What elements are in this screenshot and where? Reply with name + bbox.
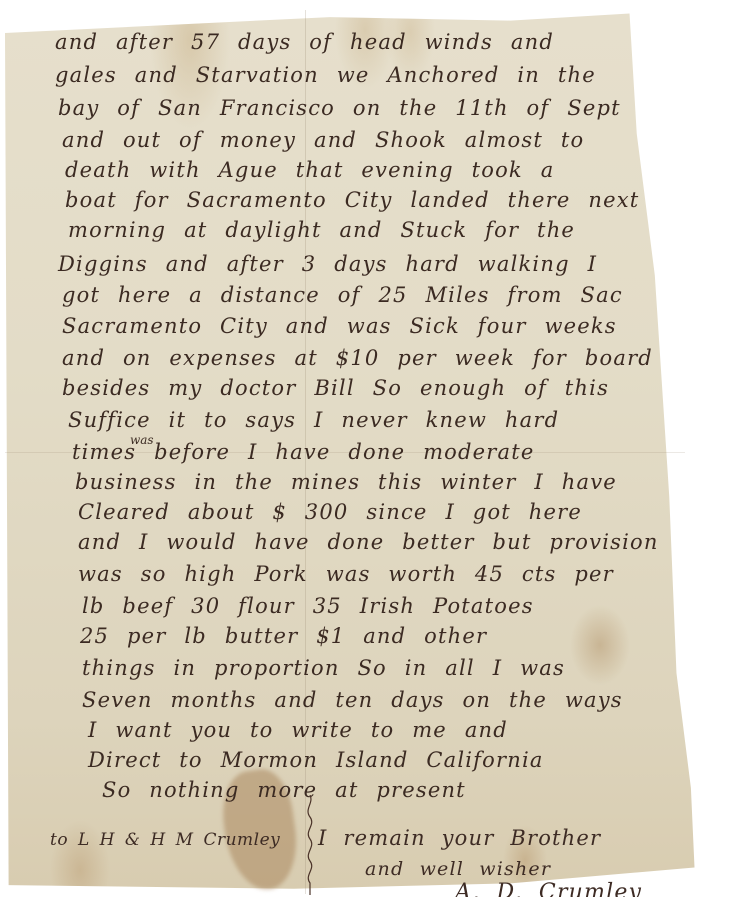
ink-squiggle <box>300 795 320 895</box>
letter-body: and after 57 days of head winds and gale… <box>0 0 729 897</box>
letter-line: times before I have done moderate <box>72 440 535 464</box>
letter-line: bay of San Francisco on the 11th of Sept <box>58 96 621 120</box>
closing-line: I remain your Brother <box>318 826 601 850</box>
letter-line: and after 57 days of head winds and <box>55 30 554 54</box>
letter-line: Direct to Mormon Island California <box>88 748 544 772</box>
letter-line: Seven months and ten days on the ways <box>82 688 623 712</box>
letter-line: I want you to write to me and <box>88 718 508 742</box>
letter-line: So nothing more at present <box>102 778 466 802</box>
letter-line: was so high Pork was worth 45 cts per <box>78 562 614 586</box>
letter-line: gales and Starvation we Anchored in the <box>55 63 596 87</box>
letter-line: business in the mines this winter I have <box>75 470 617 494</box>
letter-line: lb beef 30 flour 35 Irish Potatoes <box>82 594 534 618</box>
letter-line: and on expenses at $10 per week for boar… <box>62 346 653 370</box>
letter-line: Diggins and after 3 days hard walking I <box>58 252 597 276</box>
closing-line: and well wisher <box>365 858 551 880</box>
letter-line: morning at daylight and Stuck for the <box>68 218 575 242</box>
letter-line: Suffice it to says I never knew hard <box>68 408 559 432</box>
letter-line: besides my doctor Bill So enough of this <box>62 376 609 400</box>
address-line: to L H & H M Crumley <box>50 830 280 850</box>
signature: A, D, Crumley <box>455 880 642 897</box>
letter-line: and out of money and Shook almost to <box>62 128 584 152</box>
letter-line: Cleared about $ 300 since I got here <box>78 500 582 524</box>
letter-line: boat for Sacramento City landed there ne… <box>65 188 639 212</box>
letter-line: and I would have done better but provisi… <box>78 530 659 554</box>
letter-line: death with Ague that evening took a <box>65 158 554 182</box>
letter-line: 25 per lb butter $1 and other <box>80 624 487 648</box>
letter-line: things in proportion So in all I was <box>82 656 565 680</box>
letter-line: got here a distance of 25 Miles from Sac <box>62 283 623 307</box>
letter-line: Sacramento City and was Sick four weeks <box>62 314 617 338</box>
